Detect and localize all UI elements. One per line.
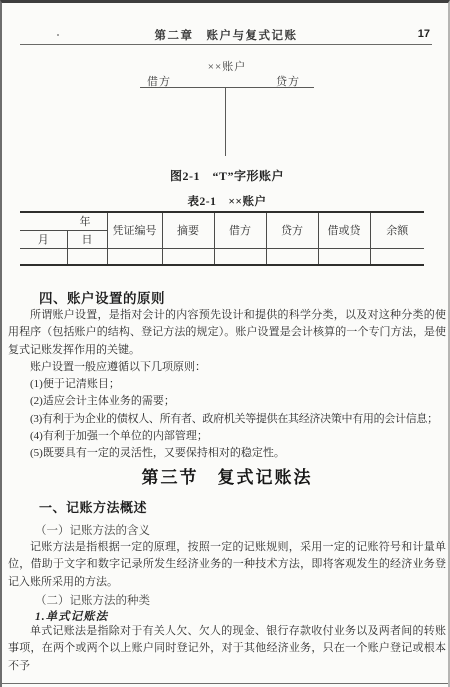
t-account-horizontal-line [140, 87, 314, 88]
month-header-cell: 月 [20, 230, 67, 248]
header-rule [20, 44, 432, 45]
empty-cell [107, 248, 162, 265]
running-head: 第二章 账户与复式记账 17 [20, 27, 432, 43]
paragraph: 所谓账户设置，是指对会计的内容预先设计和提供的科学分类，以及对这种分类的使用程序… [8, 307, 446, 359]
empty-cell [67, 248, 107, 265]
scan-artifact-dot [57, 34, 59, 36]
paragraph: 账户设置一般应遵循以下几项原则： [8, 359, 446, 376]
list-item: (2)适应会计主体业务的需要； [8, 393, 446, 410]
table-header-row-1: 年 凭证编号 摘要 借方 贷方 借或贷 余额 [20, 212, 424, 230]
page-bottom-edge [2, 683, 450, 684]
subheading-meaning: （一）记账方法的含义 [35, 522, 150, 538]
list-item: (4)有利于加强一个单位的内部管理； [8, 428, 446, 445]
t-account-title: ××账户 [140, 58, 314, 74]
meaning-body: 记账方法是指根据一定的原理，按照一定的记账规则，采用一定的记账符号和计量单位，借… [8, 539, 446, 591]
paragraph: 记账方法是指根据一定的原理，按照一定的记账规则，采用一定的记账符号和计量单位，借… [8, 539, 446, 591]
debit-or-credit-header-cell: 借或贷 [318, 212, 370, 248]
principles-body: 所谓账户设置，是指对会计的内容预先设计和提供的科学分类，以及对这种分类的使用程序… [8, 307, 446, 463]
empty-cell [214, 248, 266, 265]
chapter-title: 第二章 账户与复式记账 [20, 27, 432, 43]
empty-cell [20, 248, 67, 265]
overview-heading: 一、记账方法概述 [39, 497, 147, 516]
page-number: 17 [418, 28, 430, 40]
principles-heading: 四、账户设置的原则 [39, 287, 165, 307]
t-account-vertical-line [225, 87, 226, 156]
list-item: (1)便于记清账目； [8, 376, 446, 393]
table-caption: 表2-1 ××账户 [2, 193, 450, 209]
section-title: 第三节 复式记账法 [2, 463, 450, 488]
ledger-table: 年 凭证编号 摘要 借方 贷方 借或贷 余额 月 日 [20, 211, 424, 266]
list-item: (3)有利于为企业的债权人、所有者、政府机关等提供在其经济决策中有用的会计信息； [8, 411, 446, 428]
list-item: (5)既要具有一定的灵活性，又要保持相对的稳定性。 [8, 445, 446, 462]
empty-cell [318, 248, 370, 265]
subheading-types: （二）记账方法的种类 [35, 592, 150, 608]
figure-caption: 图2-1 “T”字形账户 [2, 167, 450, 184]
year-header-cell: 年 [20, 212, 107, 230]
empty-cell [162, 248, 214, 265]
t-account-figure: ××账户 借方 贷方 [140, 58, 314, 158]
single-entry-body: 单式记账法是指除对于有关人欠、欠人的现金、银行存款收付业务以及两者间的转账事项，… [8, 623, 446, 675]
credit-header-cell: 贷方 [266, 212, 318, 248]
numbered-heading-single-entry: 1.单式记账法 [35, 608, 108, 624]
debit-header-cell: 借方 [214, 212, 266, 248]
balance-header-cell: 余额 [370, 212, 424, 248]
empty-cell [266, 248, 318, 265]
day-header-cell: 日 [67, 230, 107, 248]
paragraph: 单式记账法是指除对于有关人欠、欠人的现金、银行存款收付业务以及两者间的转账事项，… [8, 623, 446, 675]
table-empty-row [20, 248, 424, 265]
book-page: 第二章 账户与复式记账 17 ××账户 借方 贷方 图2-1 “T”字形账户 表… [0, 0, 450, 687]
voucher-no-header-cell: 凭证编号 [107, 212, 162, 248]
empty-cell [370, 248, 424, 265]
summary-header-cell: 摘要 [162, 212, 214, 248]
